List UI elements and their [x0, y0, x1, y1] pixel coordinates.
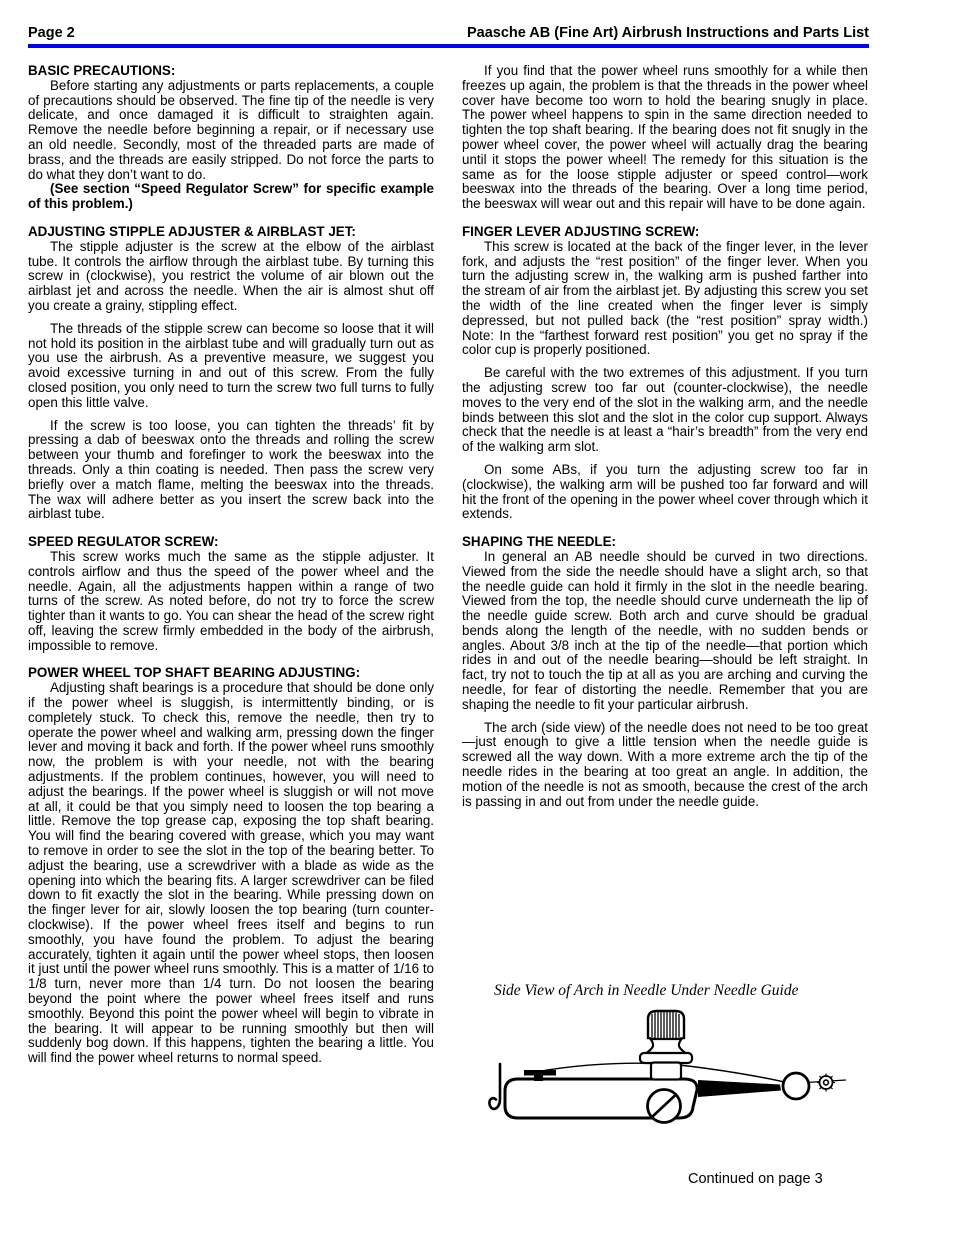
right-column: If you find that the power wheel runs sm… — [462, 57, 868, 809]
paragraph: In general an AB needle should be curved… — [462, 550, 868, 713]
continued-notice: Continued on page 3 — [688, 1171, 823, 1187]
airbrush-side-view-diagram — [488, 1002, 856, 1130]
paragraph: The arch (side view) of the needle does … — [462, 721, 868, 810]
document-page: Page 2 Paasche AB (Fine Art) Airbrush In… — [0, 0, 954, 1235]
section-heading: ADJUSTING STIPPLE ADJUSTER & AIRBLAST JE… — [28, 225, 434, 240]
section-heading: POWER WHEEL TOP SHAFT BEARING ADJUSTING: — [28, 666, 434, 681]
bold-note: (See section “Speed Regulator Screw” for… — [28, 182, 434, 212]
finger-lever-hook — [489, 1064, 500, 1109]
needle-end-screw — [817, 1074, 835, 1092]
paragraph: The threads of the stipple screw can bec… — [28, 322, 434, 411]
paragraph: This screw is located at the back of the… — [462, 240, 868, 358]
needle-guide-knob — [640, 1011, 692, 1080]
paragraph: If the screw is too loose, you can tight… — [28, 419, 434, 523]
knob-collar — [651, 1063, 681, 1080]
section-heading: SHAPING THE NEEDLE: — [462, 535, 868, 550]
section-speed-regulator: SPEED REGULATOR SCREW: This screw works … — [28, 535, 434, 653]
paragraph: Be careful with the two extremes of this… — [462, 366, 868, 455]
paragraph: On some ABs, if you turn the adjusting s… — [462, 463, 868, 522]
section-shaping-needle: SHAPING THE NEEDLE: In general an AB nee… — [462, 535, 868, 809]
section-finger-lever: FINGER LEVER ADJUSTING SCREW: This screw… — [462, 225, 868, 522]
paragraph: Adjusting shaft bearings is a procedure … — [28, 681, 434, 1066]
section-heading: BASIC PRECAUTIONS: — [28, 64, 434, 79]
paragraph: If you find that the power wheel runs sm… — [462, 64, 868, 212]
section-stipple-adjuster: ADJUSTING STIPPLE ADJUSTER & AIRBLAST JE… — [28, 225, 434, 522]
paragraph: The stipple adjuster is the screw at the… — [28, 240, 434, 314]
section-power-wheel-bearing: POWER WHEEL TOP SHAFT BEARING ADJUSTING:… — [28, 666, 434, 1066]
paragraph: Before starting any adjustments or parts… — [28, 79, 434, 183]
header-rule — [28, 44, 869, 48]
section-heading: FINGER LEVER ADJUSTING SCREW: — [462, 225, 868, 240]
document-title: Paasche AB (Fine Art) Airbrush Instructi… — [467, 25, 869, 41]
section-heading: SPEED REGULATOR SCREW: — [28, 535, 434, 550]
figure-caption: Side View of Arch in Needle Under Needle… — [494, 982, 798, 1000]
body-screw — [648, 1090, 681, 1123]
paragraph: This screw works much the same as the st… — [28, 550, 434, 654]
rocker-ball — [783, 1073, 809, 1099]
section-basic-precautions: BASIC PRECAUTIONS: Before starting any a… — [28, 64, 434, 212]
left-column: BASIC PRECAUTIONS: Before starting any a… — [28, 57, 434, 1066]
needle-clamp-stub — [534, 1075, 543, 1081]
knob-bell — [645, 1039, 687, 1054]
page-number: Page 2 — [28, 25, 75, 41]
needle-clamp — [524, 1070, 556, 1076]
walking-arm — [698, 1080, 781, 1097]
